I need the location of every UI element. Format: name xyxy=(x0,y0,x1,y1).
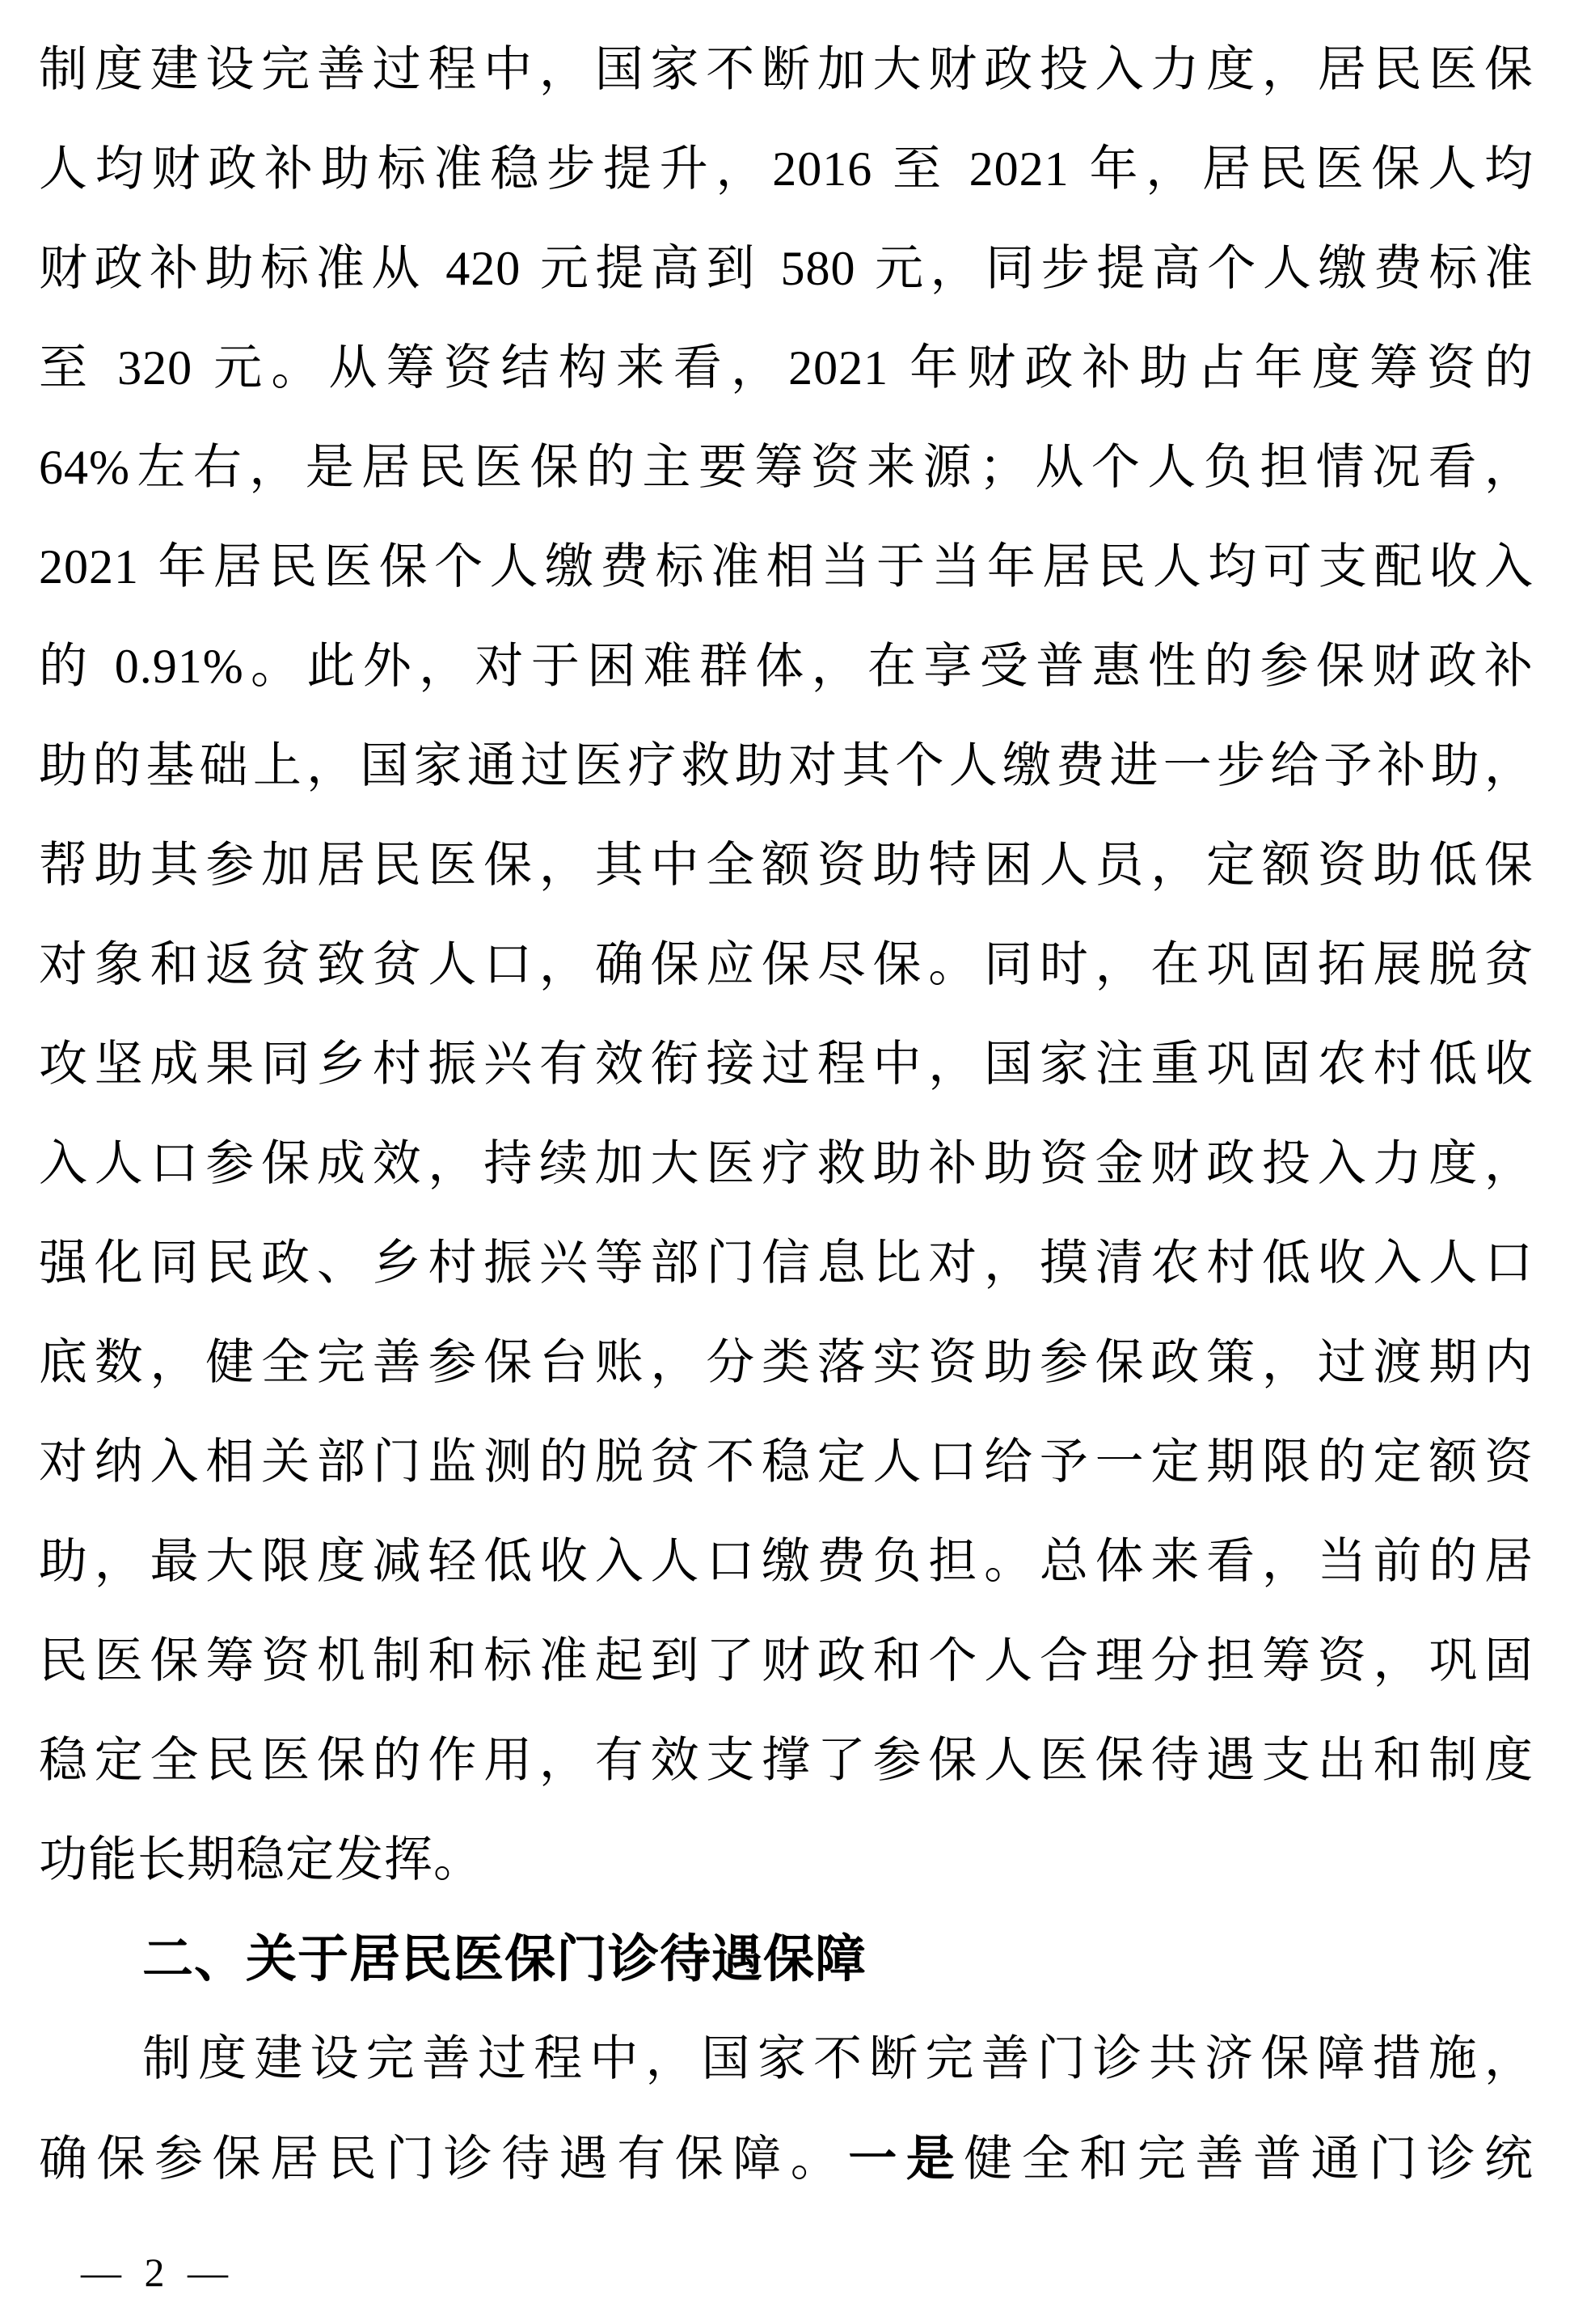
body-line-regular-text: 确保参保居民门诊待遇有保障。 xyxy=(39,2132,848,2186)
body-line: 制度建设完善过程中，国家不断加大财政投入力度，居民医保 xyxy=(39,20,1534,120)
body-line: 功能长期稳定发挥。 xyxy=(39,1811,1534,1910)
section-heading: 二、关于居民医保门诊待遇保障 xyxy=(39,1910,1534,2009)
body-line: 底数，健全完善参保台账，分类落实资助参保政策，过渡期内 xyxy=(39,1313,1534,1413)
body-line: 助的基础上，国家通过医疗救助对其个人缴费进一步给予补助， xyxy=(39,716,1534,816)
body-line-regular-text: 健全和完善普通门诊统 xyxy=(964,2132,1534,2186)
body-line: 稳定全民医保的作用，有效支撑了参保人医保待遇支出和制度 xyxy=(39,1711,1534,1811)
body-line: 对纳入相关部门监测的脱贫不稳定人口给予一定期限的定额资 xyxy=(39,1413,1534,1512)
body-line: 2021 年居民医保个人缴费标准相当于当年居民人均可支配收入 xyxy=(39,518,1534,617)
body-line: 财政补助标准从 420 元提高到 580 元，同步提高个人缴费标准 xyxy=(39,219,1534,319)
body-line: 64%左右，是居民医保的主要筹资来源；从个人负担情况看， xyxy=(39,418,1534,518)
body-line: 帮助其参加居民医保，其中全额资助特困人员，定额资助低保 xyxy=(39,816,1534,915)
body-line: 民医保筹资机制和标准起到了财政和个人合理分担筹资，巩固 xyxy=(39,1612,1534,1711)
body-line: 制度建设完善过程中，国家不断完善门诊共济保障措施， xyxy=(39,2009,1534,2109)
body-line: 对象和返贫致贫人口，确保应保尽保。同时，在巩固拓展脱贫 xyxy=(39,915,1534,1015)
body-line: 攻坚成果同乡村振兴有效衔接过程中，国家注重巩固农村低收 xyxy=(39,1015,1534,1114)
body-line: 至 320 元。从筹资结构来看，2021 年财政补助占年度筹资的 xyxy=(39,319,1534,418)
document-page: 制度建设完善过程中，国家不断加大财政投入力度，居民医保 人均财政补助标准稳步提升… xyxy=(0,0,1570,2324)
body-line: 人均财政补助标准稳步提升，2016 至 2021 年，居民医保人均 xyxy=(39,120,1534,219)
body-line: 的 0.91%。此外，对于困难群体，在享受普惠性的参保财政补 xyxy=(39,617,1534,716)
body-line: 助，最大限度减轻低收入人口缴费负担。总体来看，当前的居 xyxy=(39,1512,1534,1612)
body-line: 强化同民政、乡村振兴等部门信息比对，摸清农村低收入人口 xyxy=(39,1214,1534,1313)
body-line-emphasis-text: 一是 xyxy=(848,2132,964,2186)
page-number: — 2 — xyxy=(81,2248,234,2297)
body-line: 入人口参保成效，持续加大医疗救助补助资金财政投入力度， xyxy=(39,1114,1534,1214)
document-body: 制度建设完善过程中，国家不断加大财政投入力度，居民医保 人均财政补助标准稳步提升… xyxy=(39,20,1534,2208)
body-line-mixed: 确保参保居民门诊待遇有保障。一是健全和完善普通门诊统 xyxy=(39,2109,1534,2208)
